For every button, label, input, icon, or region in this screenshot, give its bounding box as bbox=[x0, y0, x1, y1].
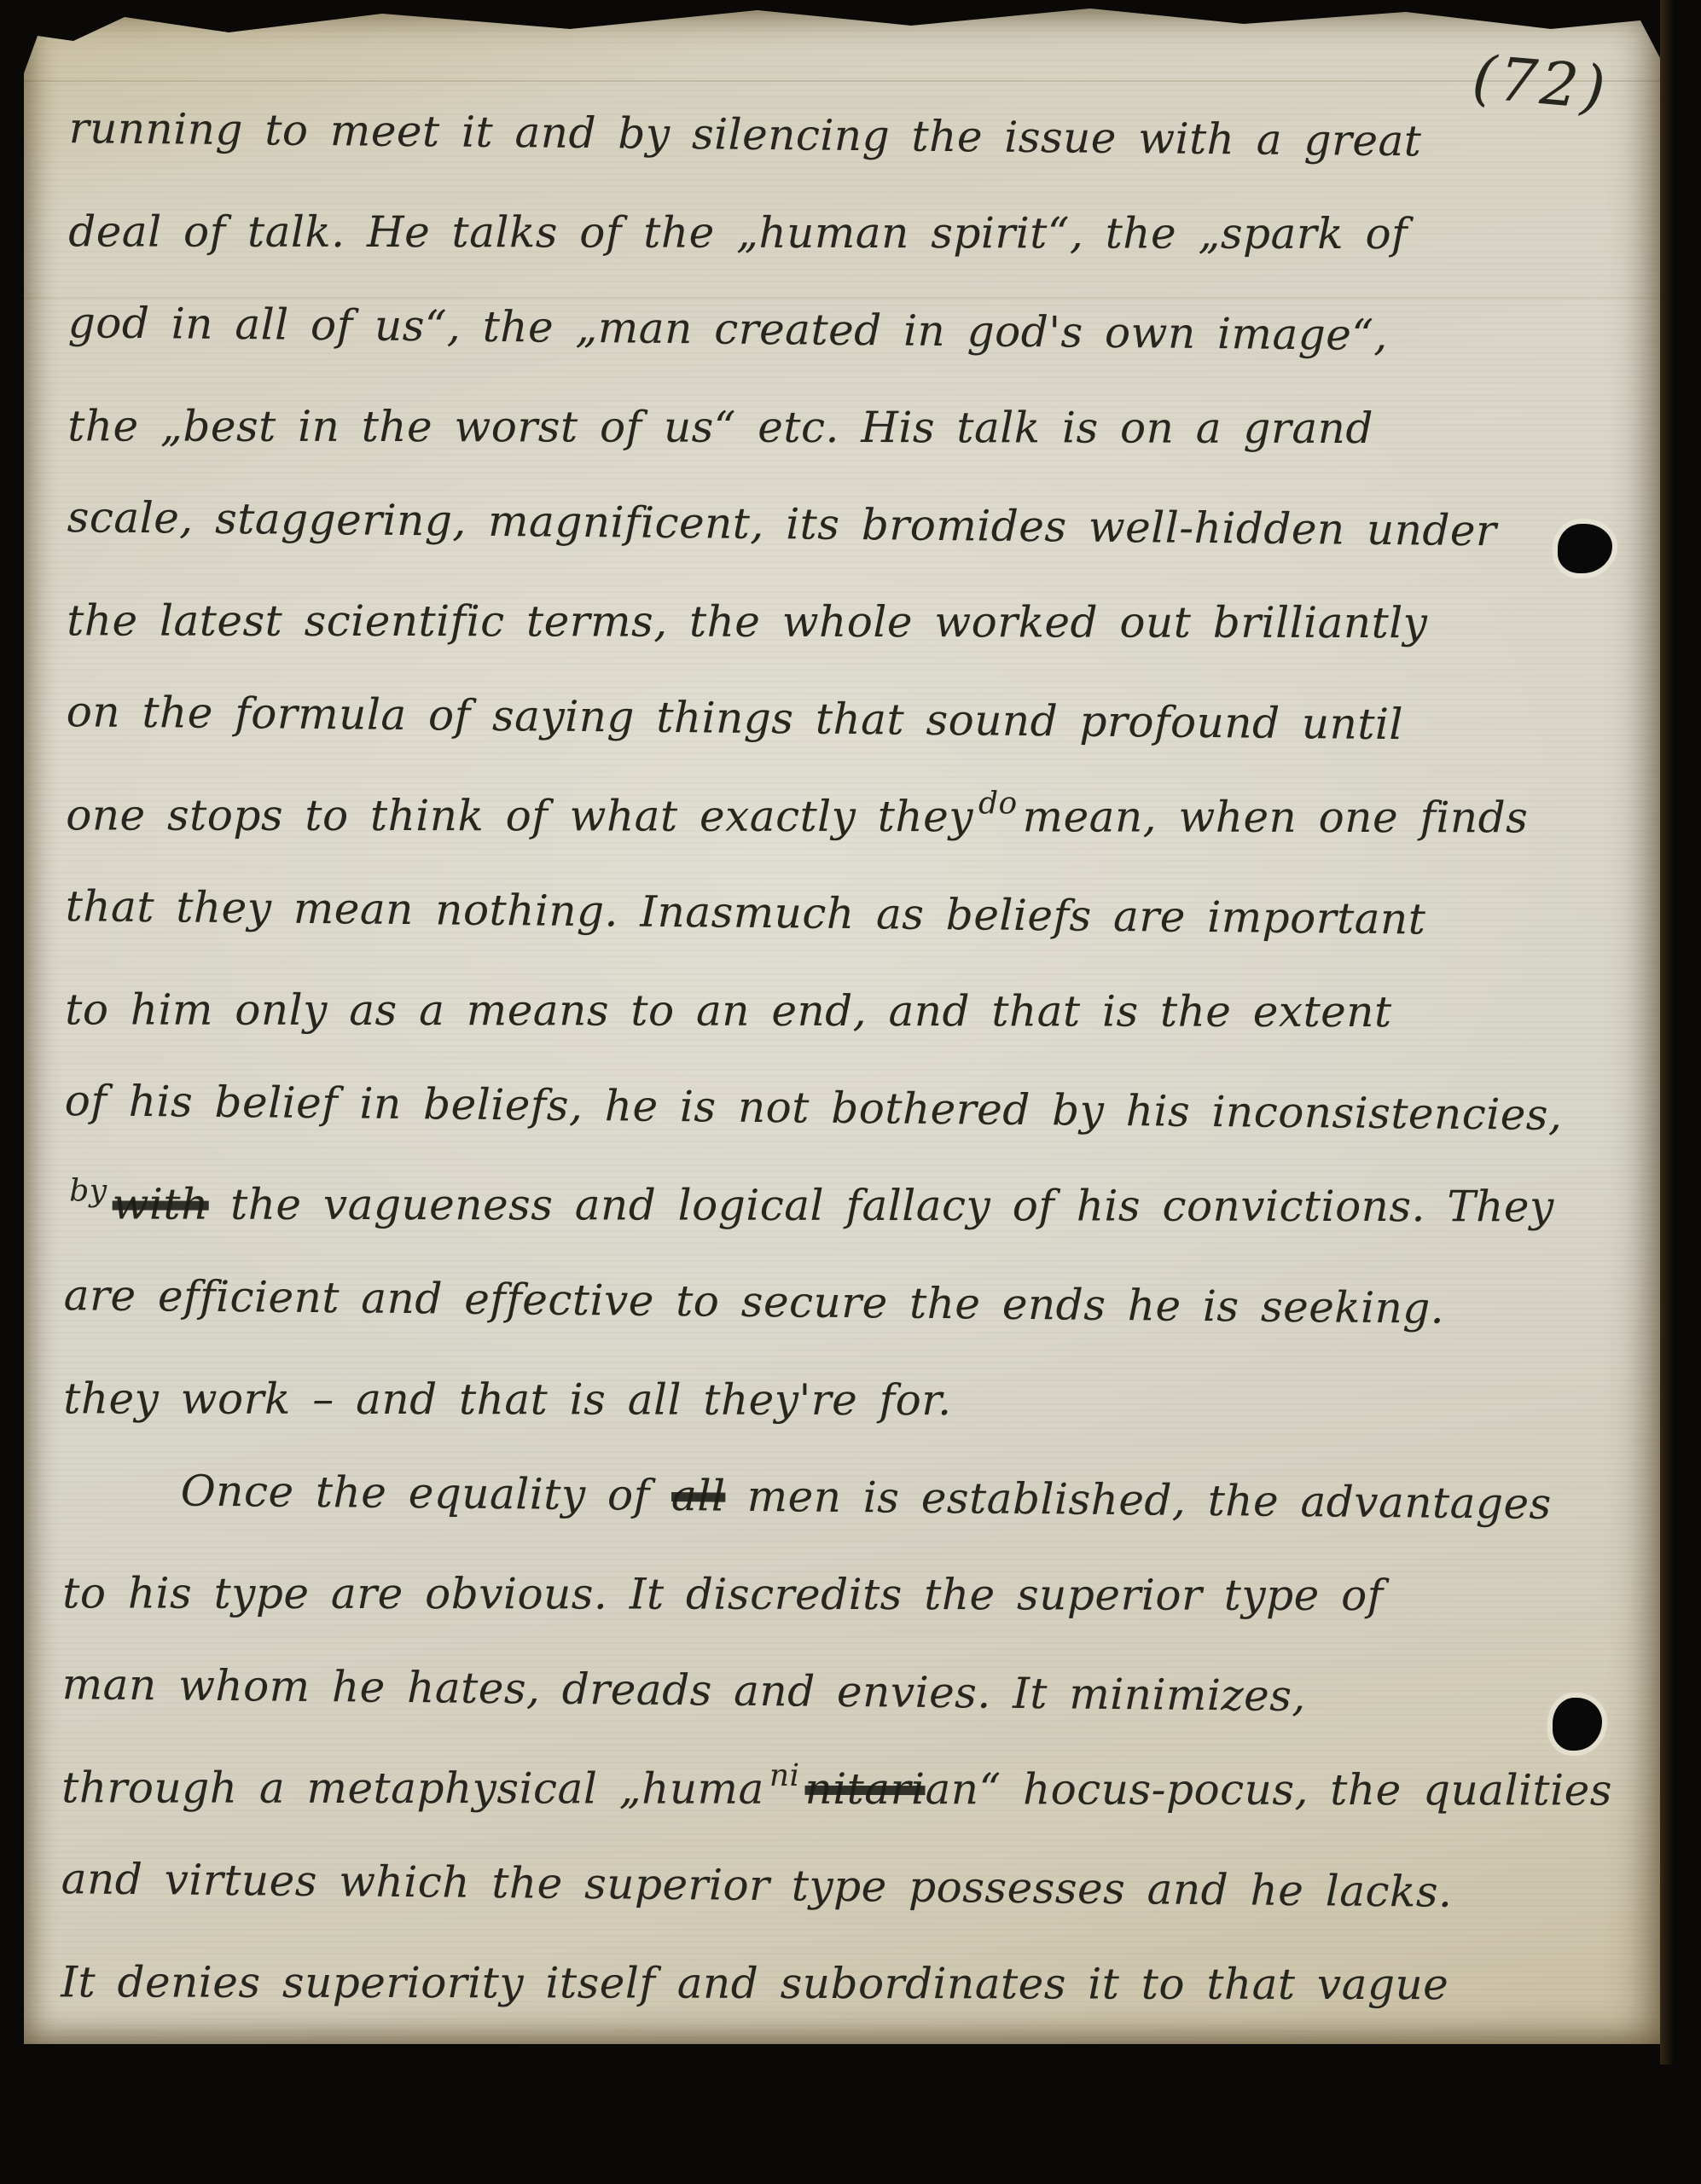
manuscript-line: god in all of us“, the „man created in g… bbox=[67, 274, 1640, 386]
manuscript-line: bywith the vagueness and logical fallacy… bbox=[64, 1155, 1635, 1255]
handwritten-text-segment: to his type are obvious. It discredits t… bbox=[62, 1568, 1384, 1620]
handwritten-text-segment: the latest scientific terms, the whole w… bbox=[67, 595, 1427, 648]
handwritten-text-segment: to him only as a means to an end, and th… bbox=[65, 985, 1391, 1037]
handwritten-text-segment: mean, when one finds bbox=[1023, 792, 1529, 842]
handwritten-text-segment: of his belief in beliefs, he is not both… bbox=[65, 1076, 1563, 1140]
handwritten-text-segment: the vagueness and logical fallacy of his… bbox=[209, 1180, 1554, 1232]
manuscript-line: the „best in the worst of us“ etc. His t… bbox=[67, 377, 1639, 477]
handwritten-text-segment: running to meet it and by silencing the … bbox=[68, 103, 1421, 166]
manuscript-line: to his type are obvious. It discredits t… bbox=[62, 1544, 1634, 1644]
handwritten-text-segment: an“ hocus-pocus, the qualities bbox=[925, 1764, 1612, 1815]
book-spine-edge bbox=[1660, 0, 1674, 2065]
struck-out-word: nitari bbox=[804, 1764, 925, 1814]
manuscript-line: of his belief in beliefs, he is not both… bbox=[64, 1052, 1636, 1165]
manuscript-line: the latest scientific terms, the whole w… bbox=[67, 572, 1638, 671]
inserted-word-above-line: ni bbox=[769, 1728, 800, 1825]
manuscript-line: man whom he hates, dreads and envies. It… bbox=[61, 1635, 1634, 1748]
manuscript-line: one stops to think of what exactly theyd… bbox=[66, 766, 1637, 866]
manuscript-line: they work – and that is all they're for. bbox=[63, 1350, 1634, 1449]
handwritten-text-segment: through a metaphysical „huma bbox=[61, 1763, 764, 1813]
manuscript-line: scale, staggering, magnificent, its brom… bbox=[67, 468, 1639, 581]
handwritten-text-segment: It denies superiority itself and subordi… bbox=[61, 1957, 1448, 2009]
manuscript-line: to him only as a means to an end, and th… bbox=[65, 961, 1636, 1060]
manuscript-line: running to meet it and by silencing the … bbox=[68, 79, 1640, 192]
handwritten-text-segment: and virtues which the superior type poss… bbox=[61, 1854, 1453, 1917]
handwritten-text-segment: they work – and that is all they're for. bbox=[63, 1374, 951, 1425]
handwritten-text-segment: Once the equality of bbox=[181, 1466, 672, 1520]
manuscript-lines: running to meet it and by silencing the … bbox=[61, 84, 1640, 2036]
manuscript-line: that they mean nothing. Inasmuch as beli… bbox=[65, 857, 1637, 970]
handwritten-text-segment: one stops to think of what exactly they bbox=[66, 790, 973, 841]
struck-out-word: with bbox=[113, 1179, 209, 1228]
handwritten-text-segment: on the formula of saying things that sou… bbox=[67, 687, 1404, 749]
inserted-word-above-line: do bbox=[978, 755, 1018, 852]
manuscript-line: It denies superiority itself and subordi… bbox=[61, 1933, 1632, 2033]
scan-black-border: (72) running to meet it and by silencing… bbox=[0, 0, 1701, 2184]
inserted-word-above-line: by bbox=[69, 1143, 107, 1240]
manuscript-line: Once the equality of all men is establis… bbox=[62, 1441, 1634, 1554]
handwritten-text-segment: men is established, the advantages bbox=[725, 1472, 1552, 1529]
struck-out-word: all bbox=[671, 1471, 726, 1521]
manuscript-line: are efficient and effective to secure th… bbox=[63, 1246, 1635, 1359]
handwritten-text-segment: that they mean nothing. Inasmuch as beli… bbox=[66, 881, 1426, 944]
manuscript-line: through a metaphysical „humaninitarian“ … bbox=[61, 1739, 1633, 1838]
manuscript-line: and virtues which the superior type poss… bbox=[61, 1830, 1633, 1943]
manuscript-line: on the formula of saying things that sou… bbox=[66, 663, 1638, 775]
handwritten-text-segment: scale, staggering, magnificent, its brom… bbox=[67, 492, 1496, 555]
manuscript-paper: (72) running to meet it and by silencing… bbox=[24, 7, 1662, 2044]
handwritten-text-segment: man whom he hates, dreads and envies. It… bbox=[62, 1659, 1307, 1721]
handwritten-text-segment: are efficient and effective to secure th… bbox=[64, 1270, 1445, 1333]
handwritten-text-segment: god in all of us“, the „man created in g… bbox=[67, 298, 1388, 360]
handwritten-text-segment: the „best in the worst of us“ etc. His t… bbox=[67, 401, 1373, 453]
manuscript-line: deal of talk. He talks of the „human spi… bbox=[68, 183, 1640, 282]
handwritten-text-segment: deal of talk. He talks of the „human spi… bbox=[68, 206, 1408, 258]
